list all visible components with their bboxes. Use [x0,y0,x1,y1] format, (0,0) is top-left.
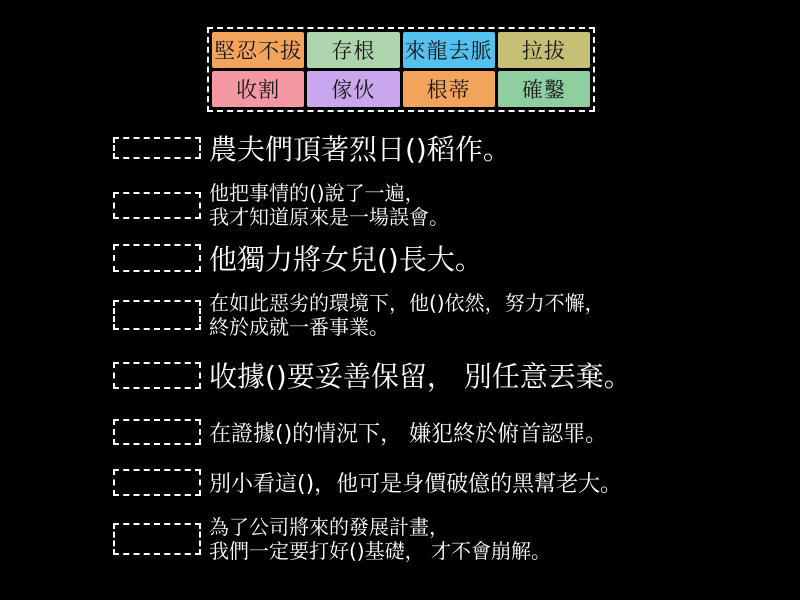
question-text-8: 為了公司將來的發展計畫， 我們一定要打好()基礎， 才不會崩解。 [209,515,551,564]
question-text-8-line-2: 我們一定要打好()基礎， 才不會崩解。 [209,539,551,563]
question-row-4: 在如此惡劣的環境下，他()依然，努力不懈， 終於成就一番事業。 [113,289,605,341]
question-row-3: 他獨力將女兒()長大。 [113,240,483,276]
question-row-2: 他把事情的()說了一遍， 我才知道原來是一場誤會。 [113,179,449,231]
question-text-6: 在證據()的情況下， 嫌犯終於俯首認罪。 [209,417,607,448]
word-tile-3[interactable]: 來龍去脈 [403,32,495,68]
word-tile-2[interactable]: 存根 [307,32,399,68]
question-text-3: 他獨力將女兒()長大。 [209,238,483,278]
question-text-5: 收據()要妥善保留， 別任意丟棄。 [209,355,632,395]
question-text-4-line-2: 終於成就一番事業。 [209,315,605,339]
answer-blank-6[interactable] [113,419,201,445]
answer-blank-8[interactable] [113,523,201,555]
word-bank: 堅忍不拔 存根 來龍去脈 拉拔 收割 傢伙 根蒂 確鑿 [207,27,595,112]
answer-blank-3[interactable] [113,244,201,272]
word-tile-6[interactable]: 傢伙 [307,71,399,107]
question-text-1: 農夫們頂著烈日()稻作。 [209,128,511,168]
question-text-4-line-1: 在如此惡劣的環境下，他()依然，努力不懈， [209,291,605,315]
question-row-7: 別小看這()，他可是身價破億的黑幫老大。 [113,465,622,499]
question-row-6: 在證據()的情況下， 嫌犯終於俯首認罪。 [113,415,607,449]
question-text-4: 在如此惡劣的環境下，他()依然，努力不懈， 終於成就一番事業。 [209,291,605,340]
answer-blank-5[interactable] [113,362,201,389]
question-text-7: 別小看這()，他可是身價破億的黑幫老大。 [209,467,622,498]
word-tile-7[interactable]: 根蒂 [403,71,495,107]
answer-blank-2[interactable] [113,192,201,219]
answer-blank-4[interactable] [113,300,201,330]
question-row-8: 為了公司將來的發展計畫， 我們一定要打好()基礎， 才不會崩解。 [113,511,551,567]
answer-blank-1[interactable] [113,137,201,159]
word-tile-1[interactable]: 堅忍不拔 [212,32,304,68]
word-tile-8[interactable]: 確鑿 [498,71,590,107]
question-text-2-line-1: 他把事情的()說了一遍， [209,181,449,205]
question-row-5: 收據()要妥善保留， 別任意丟棄。 [113,356,632,394]
question-text-2: 他把事情的()說了一遍， 我才知道原來是一場誤會。 [209,181,449,230]
word-tile-4[interactable]: 拉拔 [498,32,590,68]
answer-blank-7[interactable] [113,469,201,496]
question-text-2-line-2: 我才知道原來是一場誤會。 [209,205,449,229]
word-tile-5[interactable]: 收割 [212,71,304,107]
question-text-8-line-1: 為了公司將來的發展計畫， [209,515,551,539]
question-row-1: 農夫們頂著烈日()稻作。 [113,130,511,166]
